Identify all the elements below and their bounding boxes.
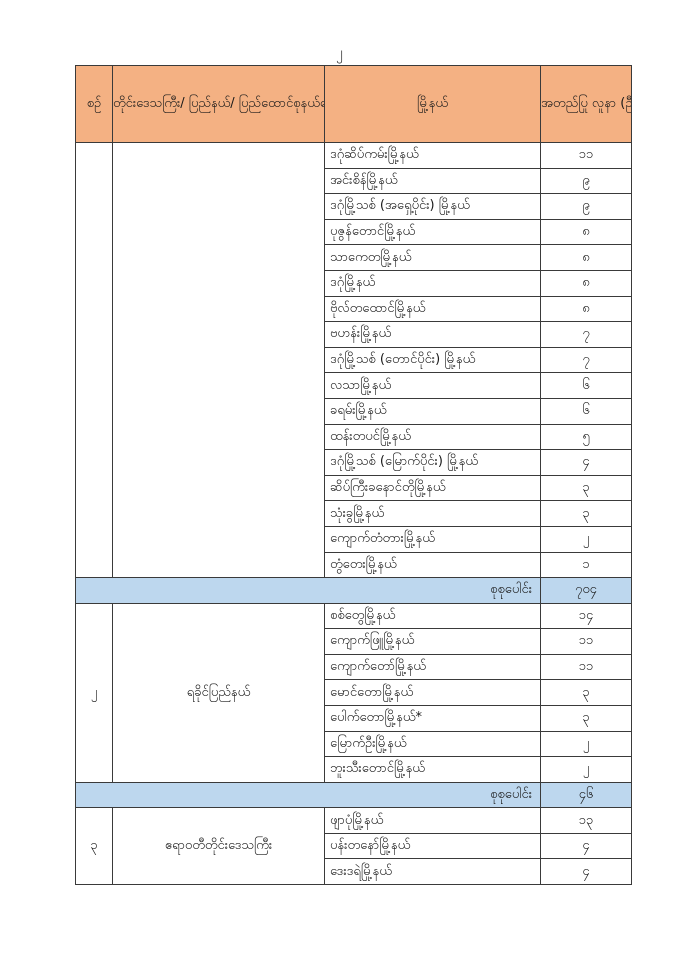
- header-township: မြို့နယ်: [325, 66, 541, 143]
- case-count-cell: ၁: [541, 552, 632, 578]
- case-count-cell: ၄: [541, 450, 632, 476]
- township-cell: မောင်တောမြို့နယ်: [325, 680, 541, 706]
- subtotal-row: စုစုပေါင်း၇၀၄: [76, 578, 632, 604]
- subtotal-label: စုစုပေါင်း: [76, 782, 541, 808]
- township-cell: အင်းစိန်မြို့နယ်: [325, 168, 541, 194]
- township-cell: သာကေတမြို့နယ်: [325, 245, 541, 271]
- case-count-cell: ၉: [541, 168, 632, 194]
- case-count-cell: ၆: [541, 398, 632, 424]
- subtotal-value: ၄၆: [541, 782, 632, 808]
- township-cell: စစ်တွေမြို့နယ်: [325, 603, 541, 629]
- township-cell: သုံးခွမြို့နယ်: [325, 501, 541, 527]
- table-header: စဉ် တိုင်းဒေသကြီး/ ပြည်နယ်/ ပြည်ထောင်စုန…: [76, 66, 632, 143]
- case-count-cell: ၈: [541, 270, 632, 296]
- table-row: ဒဂုံဆိပ်ကမ်းမြို့နယ်၁၁: [76, 143, 632, 169]
- township-cell: လသာမြို့နယ်: [325, 373, 541, 399]
- case-count-cell: ၃: [541, 501, 632, 527]
- case-count-cell: ၁၃: [541, 808, 632, 834]
- case-count-cell: ၈: [541, 219, 632, 245]
- case-count-cell: ၉: [541, 194, 632, 220]
- case-count-cell: ၂: [541, 731, 632, 757]
- township-cell: တွံတေးမြို့နယ်: [325, 552, 541, 578]
- table-body: ဒဂုံဆိပ်ကမ်းမြို့နယ်၁၁အင်းစိန်မြို့နယ်၉ဒ…: [76, 143, 632, 885]
- township-cell: ပုဇွန်တောင်မြို့နယ်: [325, 219, 541, 245]
- case-count-cell: ၁၁: [541, 629, 632, 655]
- township-cell: ဒဂုံမြို့သစ် (မြောက်ပိုင်း) မြို့နယ်: [325, 450, 541, 476]
- case-count-cell: ၂: [541, 757, 632, 783]
- case-count-cell: ၃: [541, 475, 632, 501]
- case-count-cell: ၁၄: [541, 603, 632, 629]
- header-count: အတည်ပြု လူနာ (ဦးရေ): [541, 66, 632, 143]
- subtotal-label: စုစုပေါင်း: [76, 578, 541, 604]
- case-count-cell: ၁၁: [541, 654, 632, 680]
- case-count-cell: ၅: [541, 424, 632, 450]
- township-cell: ဗဟန်းမြို့နယ်: [325, 322, 541, 348]
- township-cell: ထန်းတပင်မြို့နယ်: [325, 424, 541, 450]
- table-row: ၃ဧရာဝတီတိုင်းဒေသကြီးဖျာပုံမြို့နယ်၁၃: [76, 808, 632, 834]
- case-count-cell: ၄: [541, 859, 632, 885]
- township-cell: ဗိုလ်တထောင်မြို့နယ်: [325, 296, 541, 322]
- header-serial: စဉ်: [76, 66, 113, 143]
- case-count-cell: ၁၁: [541, 143, 632, 169]
- township-cell: ဒဂုံမြို့နယ်: [325, 270, 541, 296]
- page-number: ၂: [0, 44, 679, 62]
- township-cell: ကျောက်တော်မြို့နယ်: [325, 654, 541, 680]
- case-count-cell: ၄: [541, 833, 632, 859]
- case-table: စဉ် တိုင်းဒေသကြီး/ ပြည်နယ်/ ပြည်ထောင်စုန…: [75, 65, 632, 885]
- region-cell: [113, 143, 325, 578]
- township-cell: ဒဂုံမြို့သစ် (တောင်ပိုင်း) မြို့နယ်: [325, 347, 541, 373]
- township-cell: ဒဂုံဆိပ်ကမ်းမြို့နယ်: [325, 143, 541, 169]
- region-cell: ဧရာဝတီတိုင်းဒေသကြီး: [113, 808, 325, 885]
- township-cell: ပန်းတနော်မြို့နယ်: [325, 833, 541, 859]
- case-count-cell: ၇: [541, 347, 632, 373]
- township-cell: မြောက်ဦးမြို့နယ်: [325, 731, 541, 757]
- subtotal-value: ၇၀၄: [541, 578, 632, 604]
- case-count-cell: ၃: [541, 680, 632, 706]
- township-cell: ပေါက်တောမြို့နယ်*: [325, 705, 541, 731]
- case-count-cell: ၈: [541, 245, 632, 271]
- township-cell: ဆိပ်ကြီးခနောင်တိုမြို့နယ်: [325, 475, 541, 501]
- subtotal-row: စုစုပေါင်း၄၆: [76, 782, 632, 808]
- region-cell: ရခိုင်ပြည်နယ်: [113, 603, 325, 782]
- table-row: ၂ရခိုင်ပြည်နယ်စစ်တွေမြို့နယ်၁၄: [76, 603, 632, 629]
- header-region: တိုင်းဒေသကြီး/ ပြည်နယ်/ ပြည်ထောင်စုနယ်မြ…: [113, 66, 325, 143]
- case-count-cell: ၇: [541, 322, 632, 348]
- serial-number-cell: [76, 143, 113, 578]
- township-cell: ဒေးဒရဲမြို့နယ်: [325, 859, 541, 885]
- township-cell: ကျောက်တံတားမြို့နယ်: [325, 526, 541, 552]
- case-count-cell: ၈: [541, 296, 632, 322]
- township-cell: ဖျာပုံမြို့နယ်: [325, 808, 541, 834]
- township-cell: ဒဂုံမြို့သစ် (အရှေ့ပိုင်း) မြို့နယ်: [325, 194, 541, 220]
- case-count-cell: ၂: [541, 526, 632, 552]
- township-cell: ဘူးသီးတောင်မြို့နယ်: [325, 757, 541, 783]
- case-count-cell: ၃: [541, 705, 632, 731]
- case-count-cell: ၆: [541, 373, 632, 399]
- township-cell: ခရမ်းမြို့နယ်: [325, 398, 541, 424]
- serial-number-cell: ၂: [76, 603, 113, 782]
- serial-number-cell: ၃: [76, 808, 113, 885]
- township-cell: ကျောက်ဖြူမြို့နယ်: [325, 629, 541, 655]
